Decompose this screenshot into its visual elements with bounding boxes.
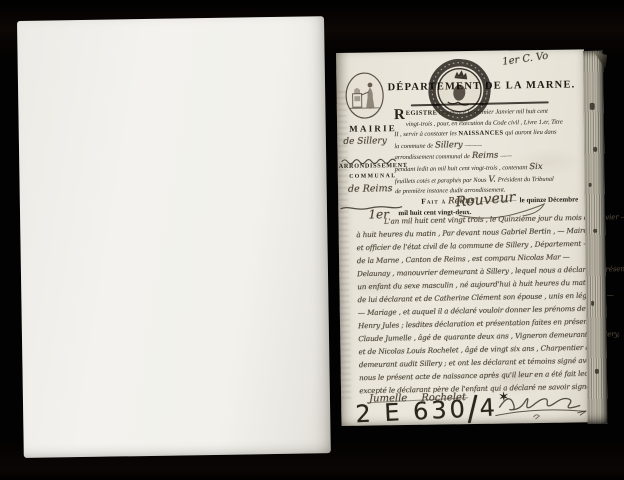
call-number-slash: / — [467, 388, 480, 430]
mairie-label: MAIRIE — [347, 123, 399, 134]
register-formula: REGISTRE commencé le premier Janvier mil… — [394, 106, 578, 197]
register-page: 1er C. Vo DÉPARTEMENT DE LA MARNE. — [336, 49, 590, 426]
arrondissement-commune-fill: de Reims — [348, 183, 393, 195]
book-fore-edge — [583, 51, 608, 424]
mairie-commune-fill: de Sillery — [343, 136, 387, 147]
archival-call-number: 2 E 630/4✶ — [355, 390, 511, 429]
fait-label: Fait à — [421, 196, 446, 205]
president-paraph-fill: V. — [488, 174, 495, 184]
birth-act-text: L'an mil huit cent vingt trois , le Quin… — [356, 211, 591, 397]
handwritten-folio-note: 1er C. Vo — [502, 47, 575, 68]
blank-left-page — [17, 16, 331, 458]
ink-bleed-smudge — [337, 89, 352, 399]
dropcap-R: R — [394, 108, 405, 122]
feuillets-count-fill: Six — [529, 162, 542, 172]
archival-scan: 1er C. Vo DÉPARTEMENT DE LA MARNE. — [0, 0, 624, 480]
commune-fill: Sillery — [435, 140, 463, 150]
arrondissement-fill: Reims — [472, 151, 498, 161]
star-mark: ✶ — [498, 390, 510, 406]
mairie-vignette-icon — [344, 71, 385, 121]
